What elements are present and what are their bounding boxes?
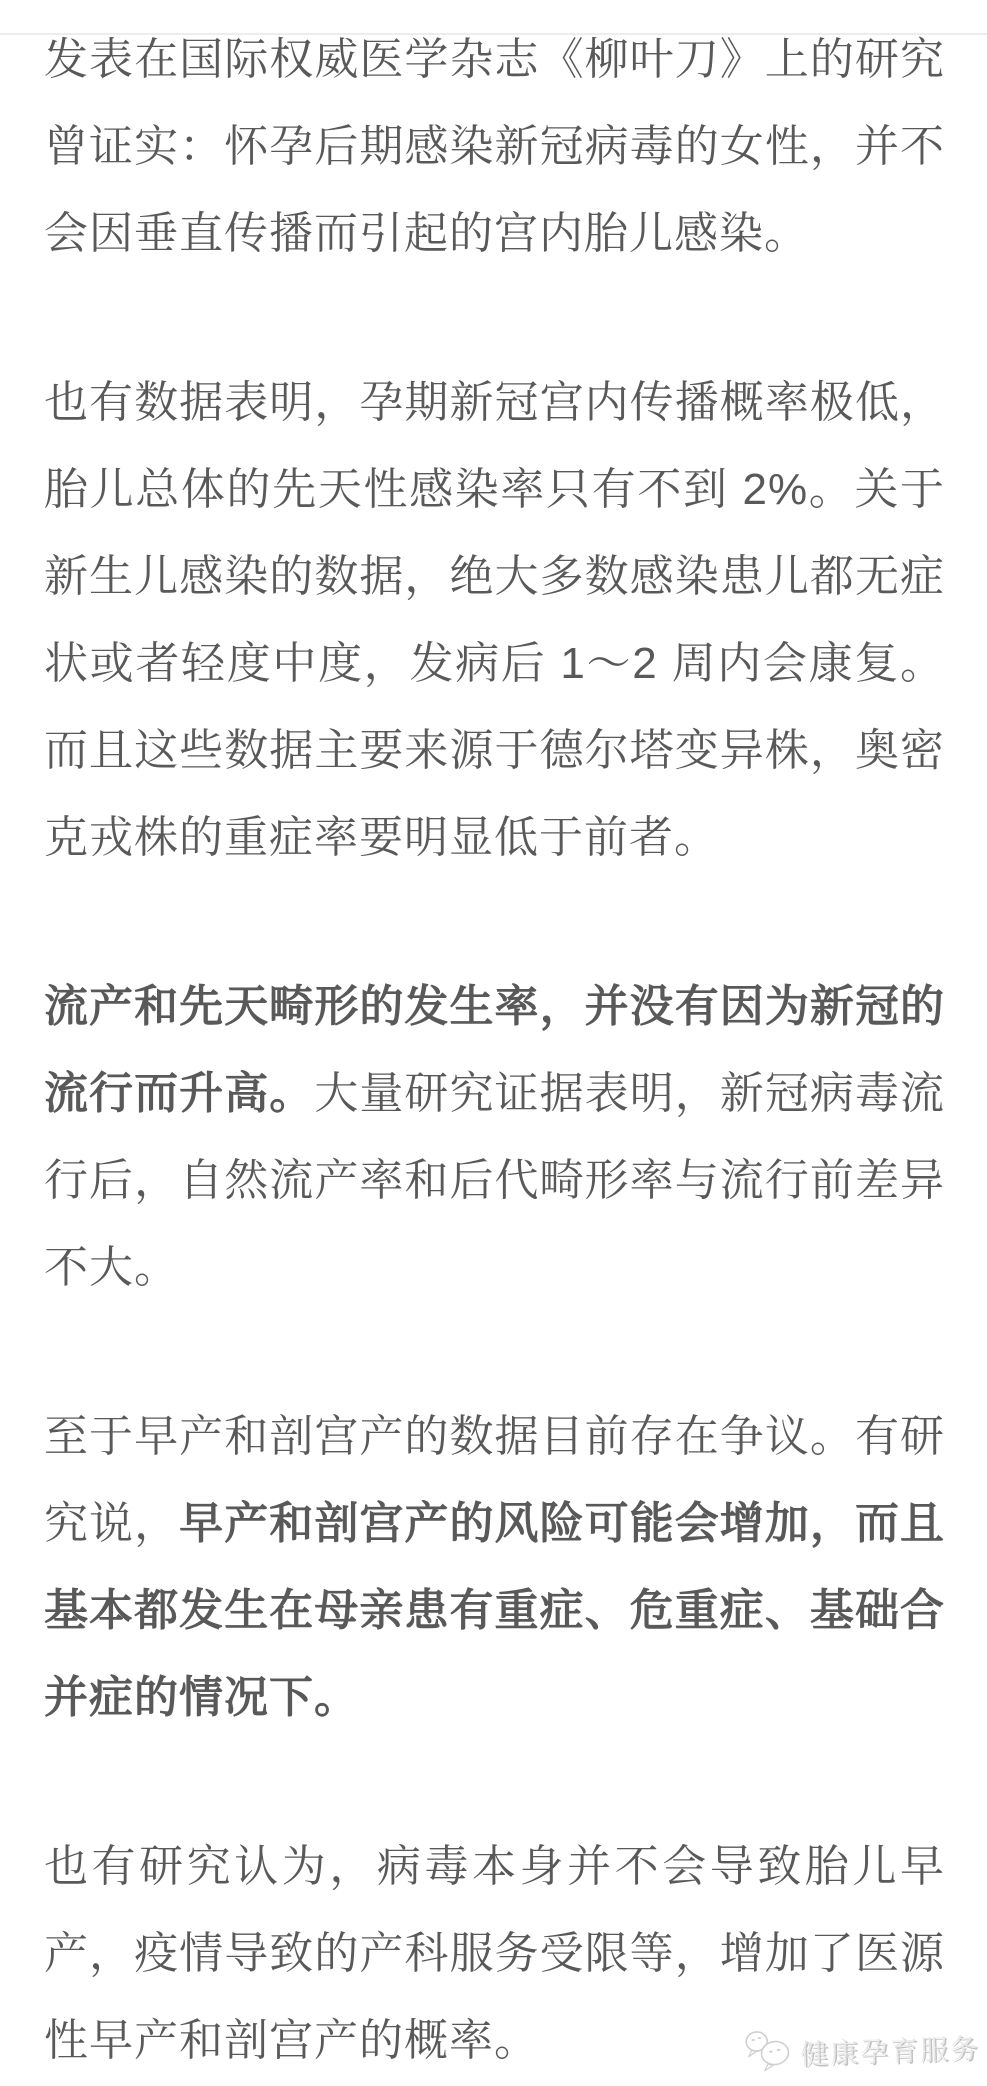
wechat-logo-icon [742,2025,794,2075]
paragraph-text-bold: 早产和剖宫产的风险可能会增加，而且基本都发生在母亲患有重症、危重症、基础合并症的… [44,1499,945,1722]
paragraph: 流产和先天畸形的发生率，并没有因为新冠的流行而升高。大量研究证据表明，新冠病毒流… [44,963,945,1311]
paragraph: 至于早产和剖宫产的数据目前存在争议。有研究说，早产和剖宫产的风险可能会增加，而且… [44,1393,945,1741]
article-page: 发表在国际权威医学杂志《柳叶刀》上的研究曾证实：怀孕后期感染新冠病毒的女性，并不… [0,0,987,2086]
paragraph: 也有数据表明，孕期新冠宫内传播概率极低，胎儿总体的先天性感染率只有不到 2%。关… [44,359,945,881]
watermark-label: 健康孕育服务 [799,2027,980,2073]
paragraph: 发表在国际权威医学杂志《柳叶刀》上的研究曾证实：怀孕后期感染新冠病毒的女性，并不… [44,16,945,277]
article-body: 发表在国际权威医学杂志《柳叶刀》上的研究曾证实：怀孕后期感染新冠病毒的女性，并不… [0,0,987,2084]
paragraph-text: 也有数据表明，孕期新冠宫内传播概率极低，胎儿总体的先天性感染率只有不到 2%。关… [44,378,945,862]
watermark: 健康孕育服务 [745,2028,980,2072]
paragraph-text: 发表在国际权威医学杂志《柳叶刀》上的研究曾证实：怀孕后期感染新冠病毒的女性，并不… [44,35,945,258]
